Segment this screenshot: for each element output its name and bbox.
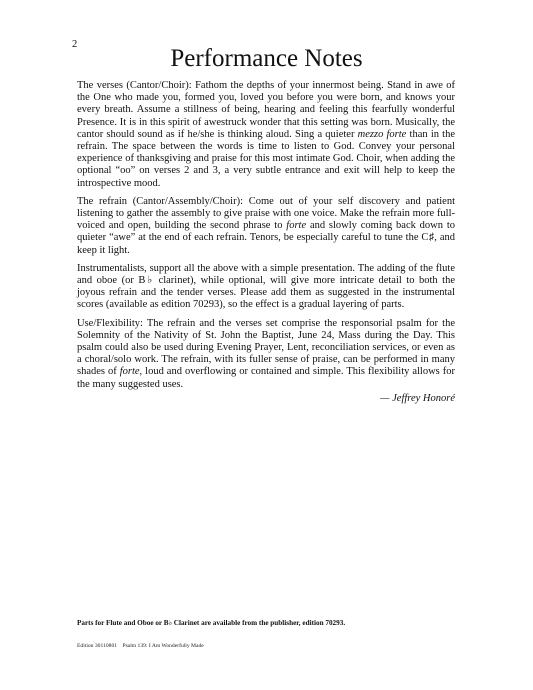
footnote: Parts for Flute and Oboe or B♭ Clarinet … — [77, 619, 345, 628]
page-title: Performance Notes — [0, 44, 533, 74]
footer-edition: Edition 30110801 — [77, 643, 117, 649]
paragraph-refrain: The refrain (Cantor/Assembly/Choir): Com… — [77, 196, 455, 257]
paragraph-text: Instrumentalists, support all the above … — [77, 263, 455, 311]
body-text: The verses (Cantor/Choir): Fathom the de… — [77, 80, 455, 405]
paragraph-verses: The verses (Cantor/Choir): Fathom the de… — [77, 80, 455, 190]
author-signature: — Jeffrey Honoré — [77, 393, 455, 405]
footer-title: Psalm 139: I Am Wonderfully Made — [122, 643, 203, 649]
dynamic-marking: forte — [120, 366, 140, 377]
footer-line: Edition 30110801 Psalm 139: I Am Wonderf… — [77, 643, 204, 650]
paragraph-use-flexibility: Use/Flexibility: The refrain and the ver… — [77, 318, 455, 391]
paragraph-instrumentalists: Instrumentalists, support all the above … — [77, 263, 455, 312]
dynamic-marking: forte — [286, 220, 306, 231]
dynamic-marking: mezzo forte — [358, 129, 407, 140]
